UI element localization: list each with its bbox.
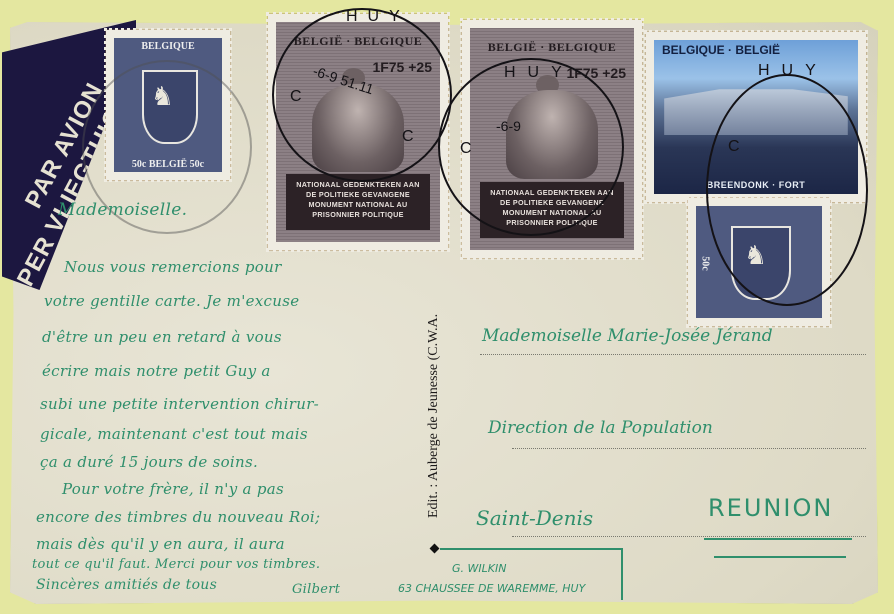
message-line: écrire mais notre petit Guy a [42,362,271,380]
message-line: subi une petite intervention chirur- [40,395,319,413]
recipient-line-2: Direction de la Population [488,418,713,438]
postmark-huy-2: HUY -6-9 C [438,58,624,236]
message-line: gicale, maintenant c'est tout mais [40,425,308,443]
message-line: votre gentille carte. Je m'excuse [44,292,299,310]
plate-line: MONUMENT NATIONAL AU [286,200,430,210]
country-underline [714,556,846,558]
postmark-date: -6-9 51.11 [311,63,376,98]
postmark-town: HUY [346,8,410,26]
stamp-plate: NATIONAAL GEDENKTEKEN AAN DE POLITIEKE G… [286,174,430,230]
stamp-country: BELGIQUE · BELGIË [654,43,858,57]
message-line: mais dès qu'il y en aura, il aura [36,535,285,553]
message-signature: Gilbert [292,582,340,597]
recipient-city: Saint-Denis [476,506,593,530]
sender-name: G. WILKIN [452,562,506,575]
postmark-huy-3: HUY C [706,74,868,306]
recipient-country: REUNION [708,494,833,522]
postmark-huy-1: HUY -6-9 51.11 C C [272,8,452,182]
postmark-letter: C [460,140,472,158]
message-line: d'être un peu en retard à vous [42,328,282,346]
postmark-letter: C [402,128,414,146]
postmark-letter: C [728,138,740,156]
postmark-date: -6-9 [496,118,521,134]
message-line: tout ce qu'il faut. Merci pour vos timbr… [32,557,320,572]
address-line-3-guide [512,536,866,537]
message-line: encore des timbres du nouveau Roi; [36,508,320,526]
recipient-name: Mademoiselle Marie-Josée Jérand [482,326,773,346]
stamp-country: BELGIË · BELGIQUE [470,40,634,55]
country-underline [704,538,852,540]
message-line: ça a duré 15 jours de soins. [40,453,258,471]
message-line: Sincères amitiés de tous [36,577,217,593]
address-line-1-guide [480,354,866,355]
plate-line: PRISONNIER POLITIQUE [286,210,430,220]
stamp-country: BELGIQUE [114,41,222,52]
stamp-value: 50c [700,256,711,270]
message-line: Nous vous remercions pour [64,258,282,276]
plate-line: DE POLITIEKE GEVANGENE [286,190,430,200]
postmark-town: HUY [504,64,574,82]
sender-address: 63 CHAUSSEE DE WAREMME, HUY [398,582,585,595]
postmark-town: HUY [758,62,828,80]
message-salutation: Mademoiselle. [58,200,187,220]
postmark-letter: C [290,88,302,106]
publisher-imprint: Edit. : Auberge de Jeunesse (C.W.A. [426,314,442,518]
message-line: Pour votre frère, il n'y a pas [62,480,284,498]
address-line-2-guide [512,448,866,449]
